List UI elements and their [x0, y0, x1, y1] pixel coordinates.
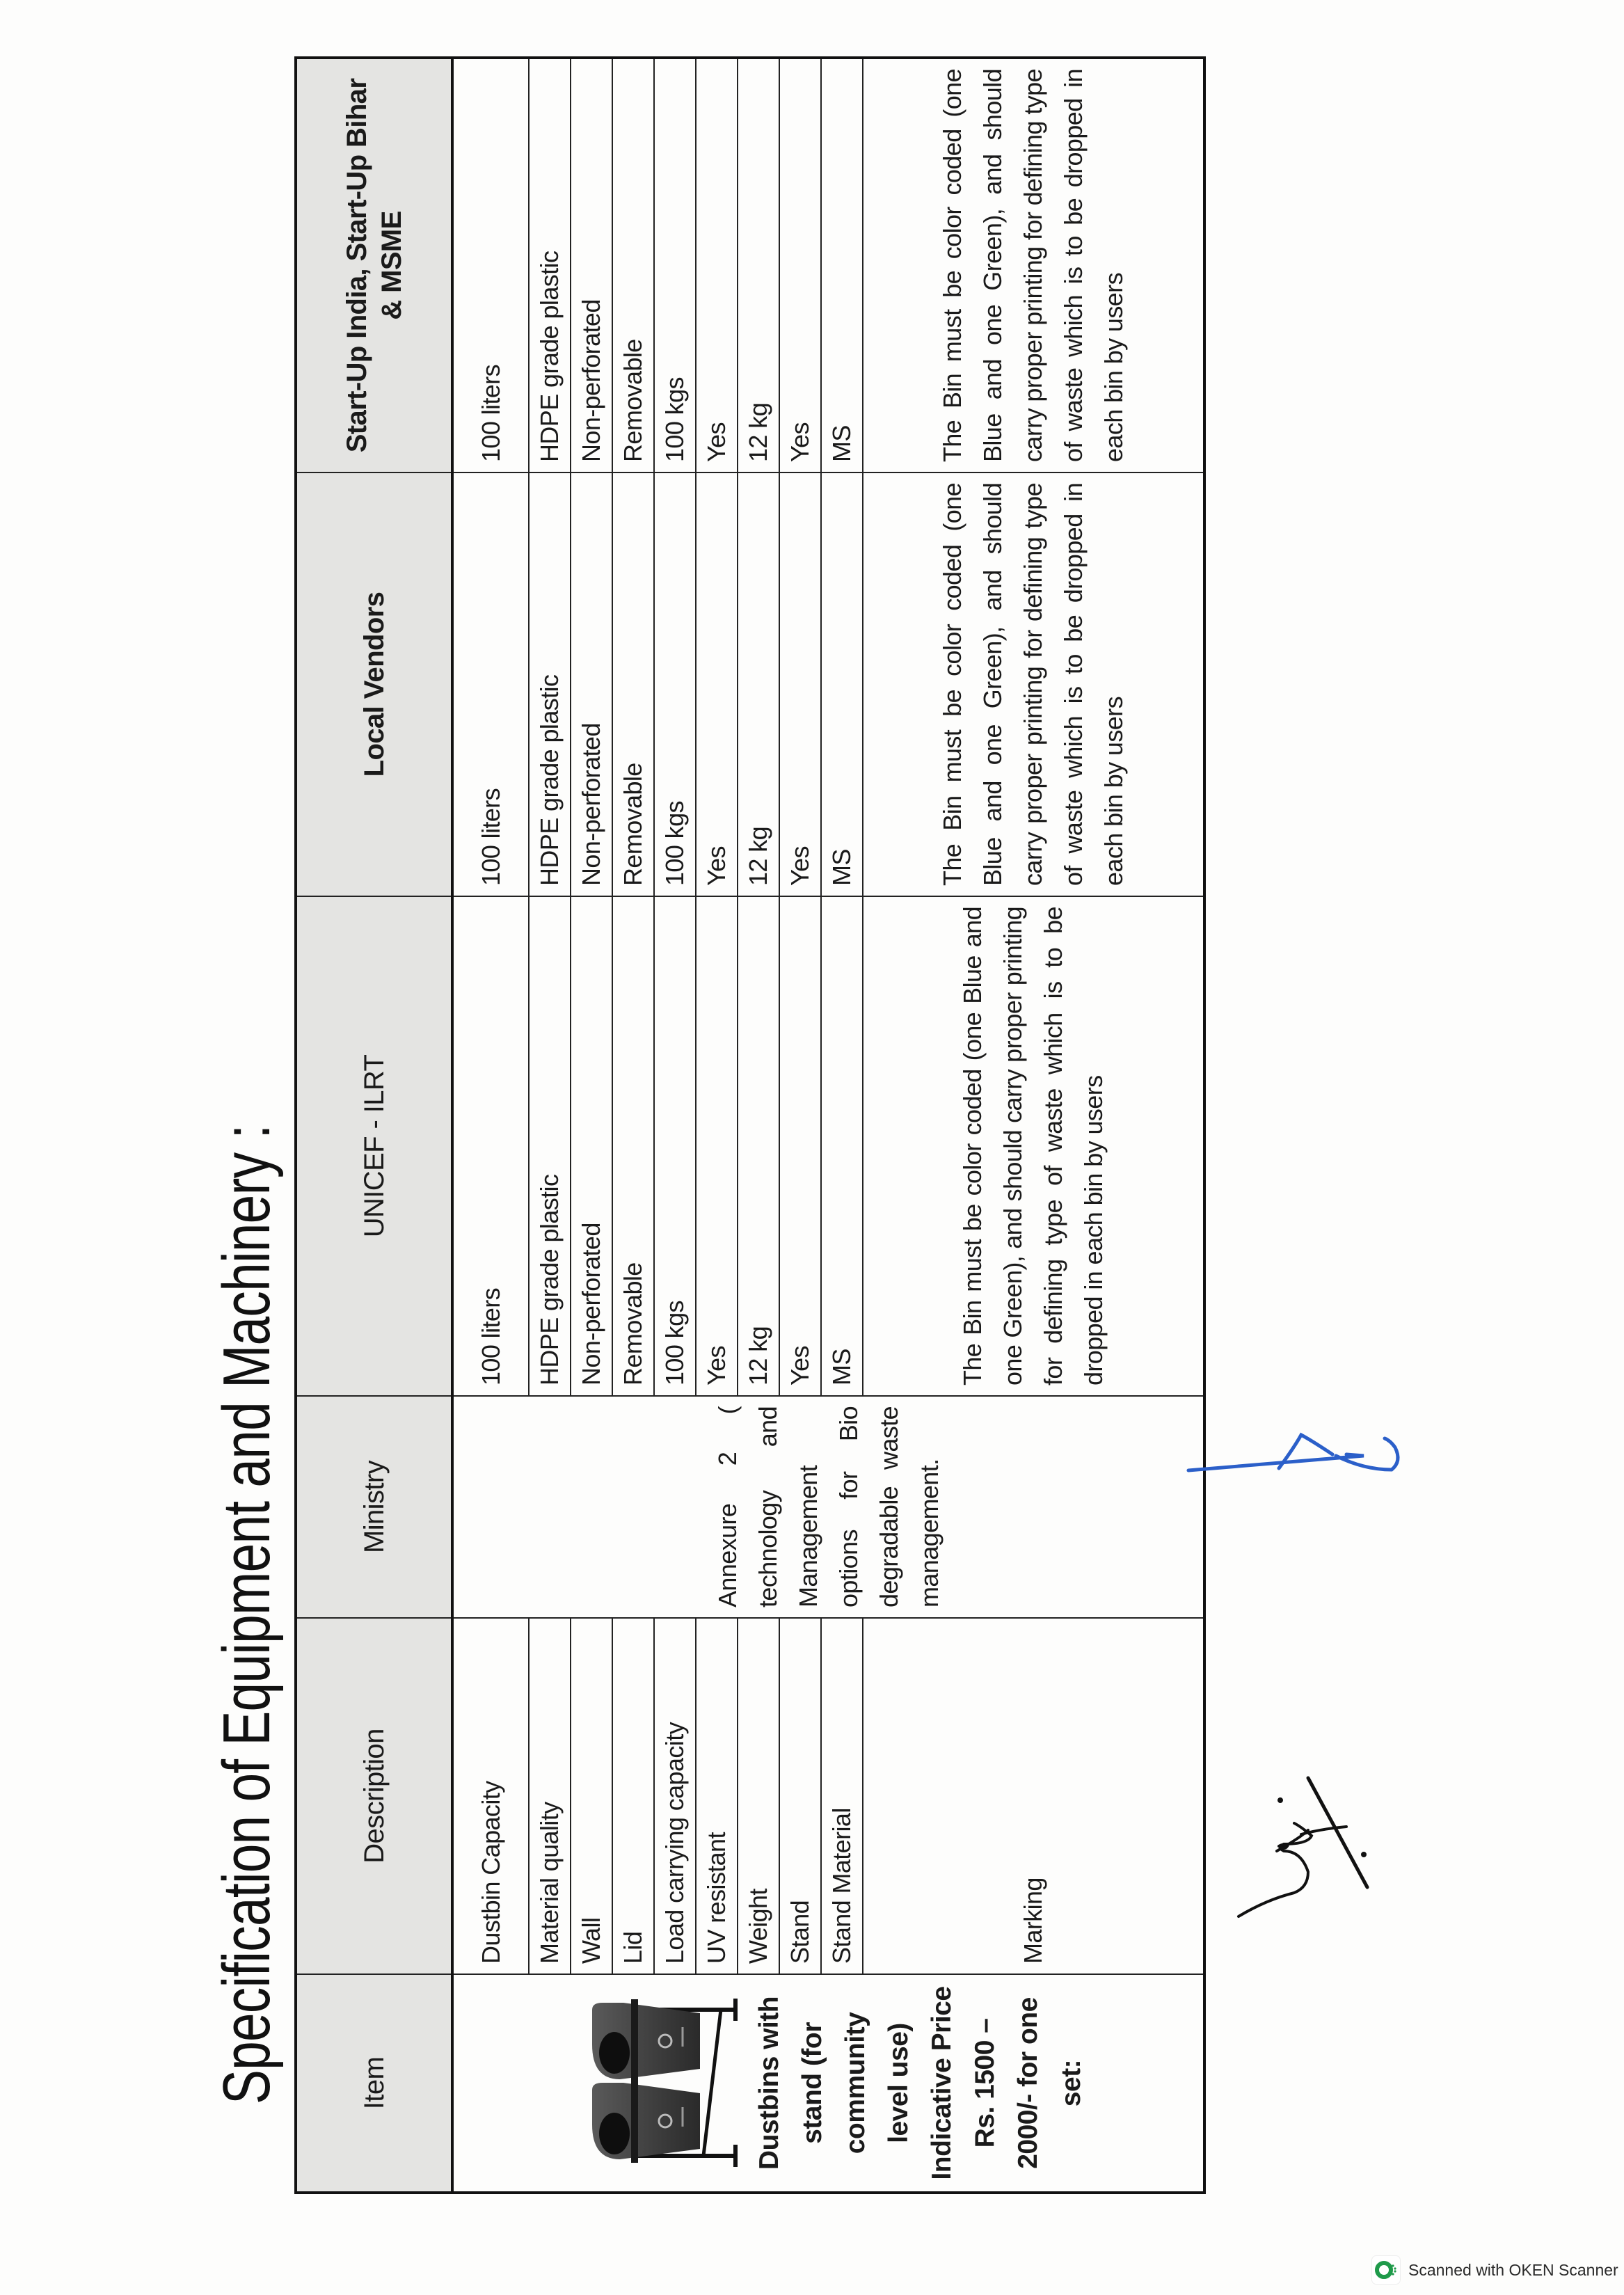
header-item: Item: [296, 1974, 452, 2193]
header-ministry: Ministry: [296, 1396, 452, 1618]
marking-local: The Bin must be color coded (one Blue an…: [863, 472, 1204, 896]
header-unicef: UNICEF - ILRT: [296, 896, 452, 1396]
row-description: Load carrying capacity: [654, 1618, 696, 1974]
row-description: UV resistant: [696, 1618, 738, 1974]
table-row: Material quality HDPE grade plastic HDPE…: [529, 58, 571, 2193]
ministry-cell: Annexure 2 ( technology and Management o…: [452, 1396, 1204, 1618]
row-unicef-value: 100 liters: [452, 896, 529, 1396]
table-row: Wall Non-perforated Non-perforated Non-p…: [571, 58, 612, 2193]
row-startup-value: MS: [821, 58, 863, 472]
table-header-row: Item Description Ministry UNICEF - ILRT …: [296, 58, 452, 2193]
specification-table: Item Description Ministry UNICEF - ILRT …: [294, 56, 1206, 2194]
row-unicef-value: 12 kg: [738, 896, 779, 1396]
table-row-marking: Marking The Bin must be color coded (one…: [863, 58, 1204, 2193]
row-unicef-value: Yes: [696, 896, 738, 1396]
table-row: Load carrying capacity 100 kgs 100 kgs 1…: [654, 58, 696, 2193]
row-startup-value: 100 liters: [452, 58, 529, 472]
table-row: Weight 12 kg 12 kg 12 kg: [738, 58, 779, 2193]
row-local-value: MS: [821, 472, 863, 896]
row-startup-value: Non-perforated: [571, 58, 612, 472]
row-startup-value: HDPE grade plastic: [529, 58, 571, 472]
row-description: Material quality: [529, 1618, 571, 1974]
dustbins-with-stand-icon: [571, 1990, 745, 2177]
row-unicef-value: Yes: [779, 896, 821, 1396]
row-unicef-value: 100 kgs: [654, 896, 696, 1396]
row-startup-value: 100 kgs: [654, 58, 696, 472]
rotated-page: Specification of Equipment and Machinery…: [0, 0, 1624, 2295]
row-startup-value: 12 kg: [738, 58, 779, 472]
row-description: Weight: [738, 1618, 779, 1974]
row-startup-value: Yes: [696, 58, 738, 472]
row-local-value: HDPE grade plastic: [529, 472, 571, 896]
header-startup: Start-Up India, Start-Up Bihar & MSME: [296, 58, 452, 472]
row-local-value: Yes: [779, 472, 821, 896]
table-row: Stand Material MS MS MS: [821, 58, 863, 2193]
header-local-vendors: Local Vendors: [296, 472, 452, 896]
row-unicef-value: HDPE grade plastic: [529, 896, 571, 1396]
row-local-value: 100 kgs: [654, 472, 696, 896]
row-startup-value: Removable: [612, 58, 654, 472]
item-cell: Dustbins with stand (for community level…: [452, 1974, 1204, 2193]
row-description: Dustbin Capacity: [452, 1618, 529, 1974]
row-local-value: Removable: [612, 472, 654, 896]
row-description: Stand: [779, 1618, 821, 1974]
row-unicef-value: MS: [821, 896, 863, 1396]
row-description: Wall: [571, 1618, 612, 1974]
item-description: Dustbins with stand (for community level…: [748, 1985, 1093, 2182]
table-row: Stand Yes Yes Yes: [779, 58, 821, 2193]
row-unicef-value: Non-perforated: [571, 896, 612, 1396]
row-description: Lid: [612, 1618, 654, 1974]
row-local-value: 100 liters: [452, 472, 529, 896]
dustbin-image: [571, 1990, 745, 2177]
scanner-watermark: Scanned with OKEN Scanner: [1372, 2255, 1618, 2285]
row-local-value: Yes: [696, 472, 738, 896]
row-description: Stand Material: [821, 1618, 863, 1974]
row-local-value: Non-perforated: [571, 472, 612, 896]
scanner-watermark-text: Scanned with OKEN Scanner: [1408, 2261, 1618, 2280]
row-local-value: 12 kg: [738, 472, 779, 896]
row-unicef-value: Removable: [612, 896, 654, 1396]
page-title: Specification of Equipment and Machinery…: [209, 1125, 285, 2104]
table-row: Dustbins with stand (for community level…: [452, 58, 529, 2193]
table-row: Lid Removable Removable Removable: [612, 58, 654, 2193]
header-description: Description: [296, 1618, 452, 1974]
marking-startup: The Bin must be color coded (one Blue an…: [863, 58, 1204, 472]
row-startup-value: Yes: [779, 58, 821, 472]
oken-scanner-logo-icon: [1372, 2256, 1400, 2284]
marking-unicef: The Bin must be color coded (one Blue an…: [863, 896, 1204, 1396]
table-row: UV resistant Yes Yes Yes: [696, 58, 738, 2193]
row-description-marking: Marking: [863, 1618, 1204, 1974]
